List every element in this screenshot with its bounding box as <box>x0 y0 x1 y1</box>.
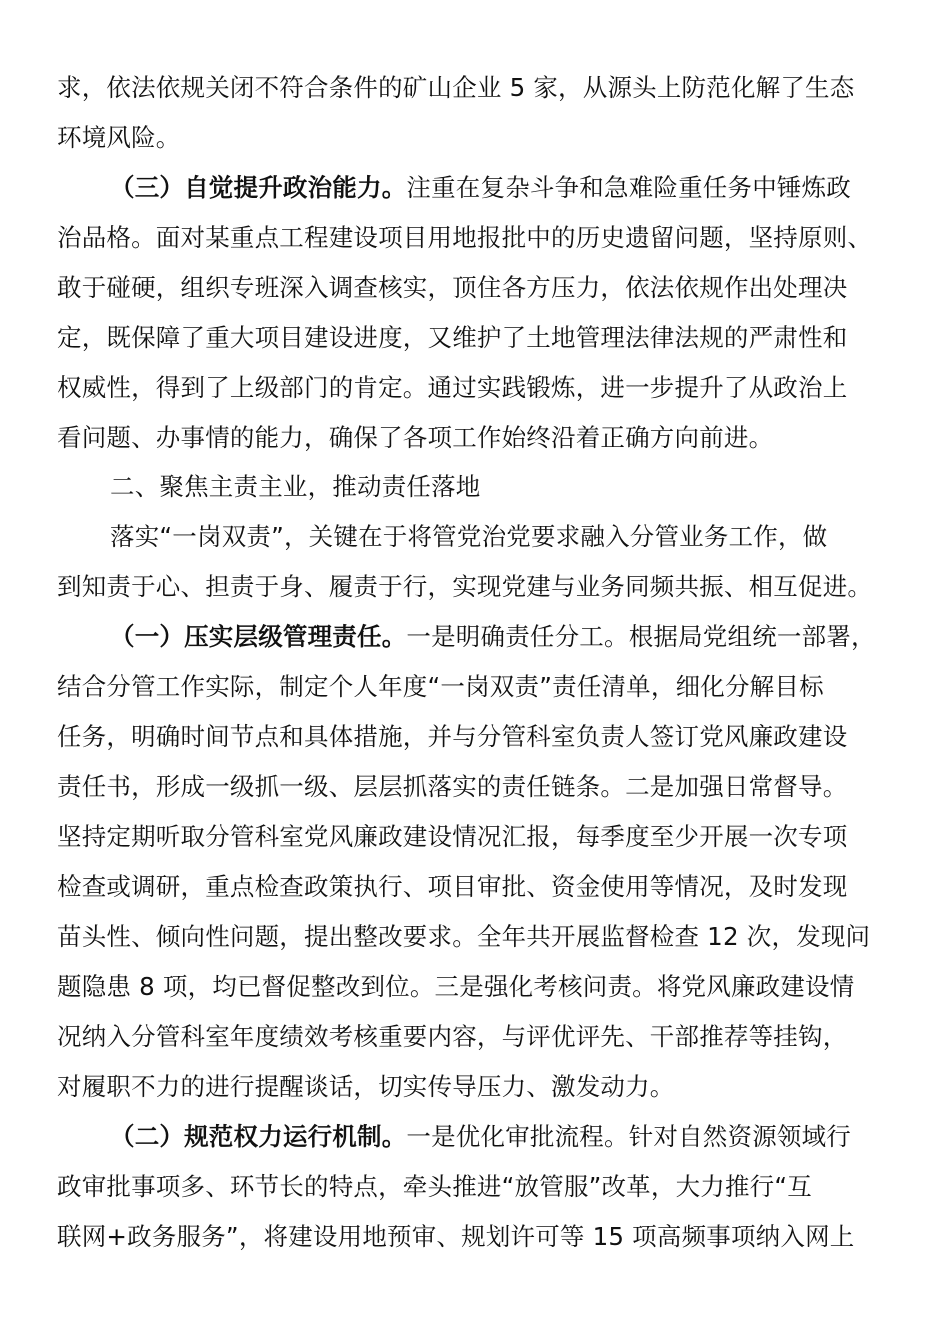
text-line: 检查或调研，重点检查政策执行、项目审批、资金使用等情况，及时发现 <box>57 872 847 902</box>
text-line: 治品格。面对某重点工程建设项目用地报批中的历史遗留问题，坚持原则、 <box>57 223 872 253</box>
text-line: 敢于碰硬，组织专班深入调查核实，顶住各方压力，依法依规作出处理决 <box>57 273 847 303</box>
text-line: 坚持定期听取分管科室党风廉政建设情况汇报，每季度至少开展一次专项 <box>57 822 847 852</box>
subheading-bold: （二）规范权力运行机制。 <box>110 1122 406 1151</box>
text-line: 看问题、办事情的能力，确保了各项工作始终沿着正确方向前进。 <box>57 423 773 453</box>
text-run: 一是明确责任分工。根据局党组统一部署， <box>406 622 875 651</box>
text-line: 况纳入分管科室年度绩效考核重要内容，与评优评先、干部推荐等挂钩， <box>57 1022 847 1052</box>
text-run: 注重在复杂斗争和急难险重任务中锤炼政 <box>406 173 851 202</box>
section-heading: 二、聚焦主责主业，推动责任落地 <box>110 472 481 502</box>
text-line: 求，依法依规关闭不符合条件的矿山企业 5 家，从源头上防范化解了生态 <box>57 73 854 103</box>
text-line: 环境风险。 <box>57 123 181 153</box>
text-line: 题隐患 8 项，均已督促整改到位。三是强化考核问责。将党风廉政建设情 <box>57 972 854 1002</box>
text-line: 苗头性、倾向性问题，提出整改要求。全年共开展监督检查 12 次，发现问 <box>57 922 870 952</box>
text-line: 责任书，形成一级抓一级、层层抓落实的责任链条。二是加强日常督导。 <box>57 772 847 802</box>
text-line: 到知责于心、担责于身、履责于行，实现党建与业务同频共振、相互促进。 <box>57 572 872 602</box>
subheading-bold: （三）自觉提升政治能力。 <box>110 173 406 202</box>
text-line: 落实“一岗双责”，关键在于将管党治党要求融入分管业务工作，做 <box>110 522 827 552</box>
text-line: 联网+政务服务”，将建设用地预审、规划许可等 15 项高频事项纳入网上 <box>57 1222 854 1252</box>
subheading-line: （一）压实层级管理责任。一是明确责任分工。根据局党组统一部署， <box>110 622 876 652</box>
text-line: 权威性，得到了上级部门的肯定。通过实践锻炼，进一步提升了从政治上 <box>57 373 847 403</box>
text-line: 政审批事项多、环节长的特点，牵头推进“放管服”改革，大力推行“互 <box>57 1172 812 1202</box>
subheading-bold: （一）压实层级管理责任。 <box>110 622 406 651</box>
subheading-line: （三）自觉提升政治能力。注重在复杂斗争和急难险重任务中锤炼政 <box>110 173 851 203</box>
subheading-line: （二）规范权力运行机制。一是优化审批流程。针对自然资源领域行 <box>110 1122 851 1152</box>
text-line: 定，既保障了重大项目建设进度，又维护了土地管理法律法规的严肃性和 <box>57 323 847 353</box>
text-run: 一是优化审批流程。针对自然资源领域行 <box>406 1122 851 1151</box>
text-line: 结合分管工作实际，制定个人年度“一岗双责”责任清单，细化分解目标 <box>57 672 824 702</box>
text-line: 对履职不力的进行提醒谈话，切实传导压力、激发动力。 <box>57 1072 675 1102</box>
text-line: 任务，明确时间节点和具体措施，并与分管科室负责人签订党风廉政建设 <box>57 722 847 752</box>
document-page: 求，依法依规关闭不符合条件的矿山企业 5 家，从源头上防范化解了生态 环境风险。… <box>0 0 950 1344</box>
